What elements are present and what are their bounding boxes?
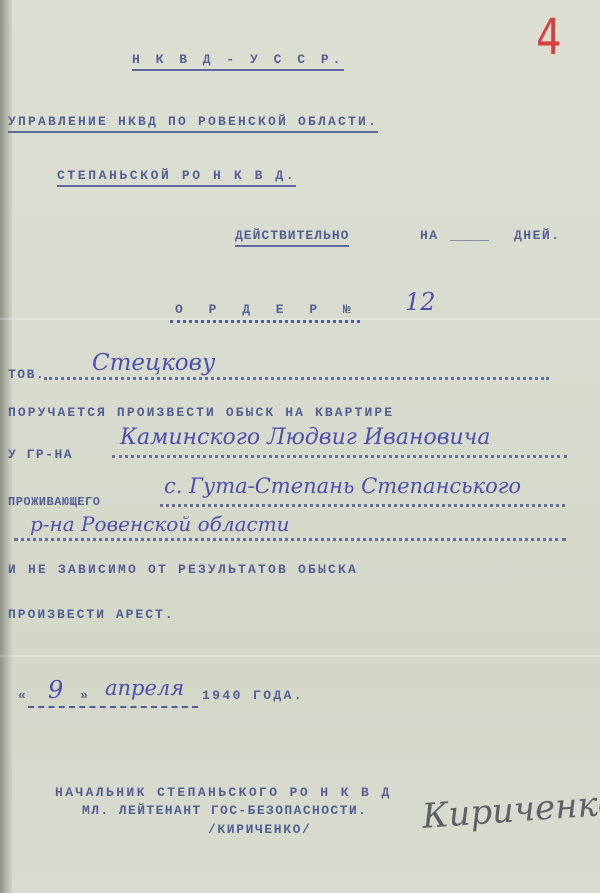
paper-crease [0,655,600,657]
order-title: О Р Д Е Р № [175,302,360,317]
header-administration: УПРАВЛЕНИЕ НКВД ПО РОВЕНСКОЙ ОБЛАСТИ. [8,114,378,133]
fill-line [44,377,549,380]
date-close-quote: » [80,688,89,703]
signer-title-1: НАЧАЛЬНИК СТЕПАНЬСКОГО РО Н К В Д [55,785,392,800]
address-line-1: с. Гута-Степань Степанського [164,474,521,498]
fill-line [112,455,567,458]
authorized-text: ПОРУЧАЕТСЯ ПРОИЗВЕСТИ ОБЫСК НА КВАРТИРЕ [8,405,394,420]
validity-on: НА [420,228,439,243]
validity-label: ДЕЙСТВИТЕЛЬНО [235,228,349,247]
arrest-text: ПРОИЗВЕСТИ АРЕСТ. [8,607,175,622]
header-nkvd-ussr: Н К В Д - У С С Р. [132,52,344,71]
residing-label: ПРОЖИВАЮЩЕГО [8,495,100,509]
fill-line [160,504,565,507]
to-label: ТОВ. [8,367,45,382]
archive-page-number: 4 [536,8,561,66]
validity-unit: ДНЕЙ. [514,228,561,243]
address-line-2: р-на Ровенской области [30,512,290,536]
header-district-office: СТЕПАНЬСКОЙ РО Н К В Д. [57,168,296,187]
recipient-name: Стецкову [92,350,215,376]
signer-title-2: МЛ. ЛЕЙТЕНАНТ ГОС-БЕЗОПАСНОСТИ. [82,803,367,818]
regardless-text: И НЕ ЗАВИСИМО ОТ РЕЗУЛЬТАТОВ ОБЫСКА [8,562,358,577]
order-number: 12 [405,288,436,316]
date-day: 9 [48,676,63,704]
order-title-underline [170,320,360,323]
validity-days-blank: _____ [450,228,489,243]
citizen-name: Каминского Людвиг Ивановича [120,425,490,450]
date-underline [28,706,198,708]
date-month: апреля [105,676,184,700]
citizen-label: У ГР-НА [8,447,73,462]
fill-line [14,538,566,541]
date-year: 1940 ГОДА. [202,688,304,703]
date-open-quote: « [18,688,27,703]
signer-name: /КИРИЧЕНКО/ [208,822,311,837]
